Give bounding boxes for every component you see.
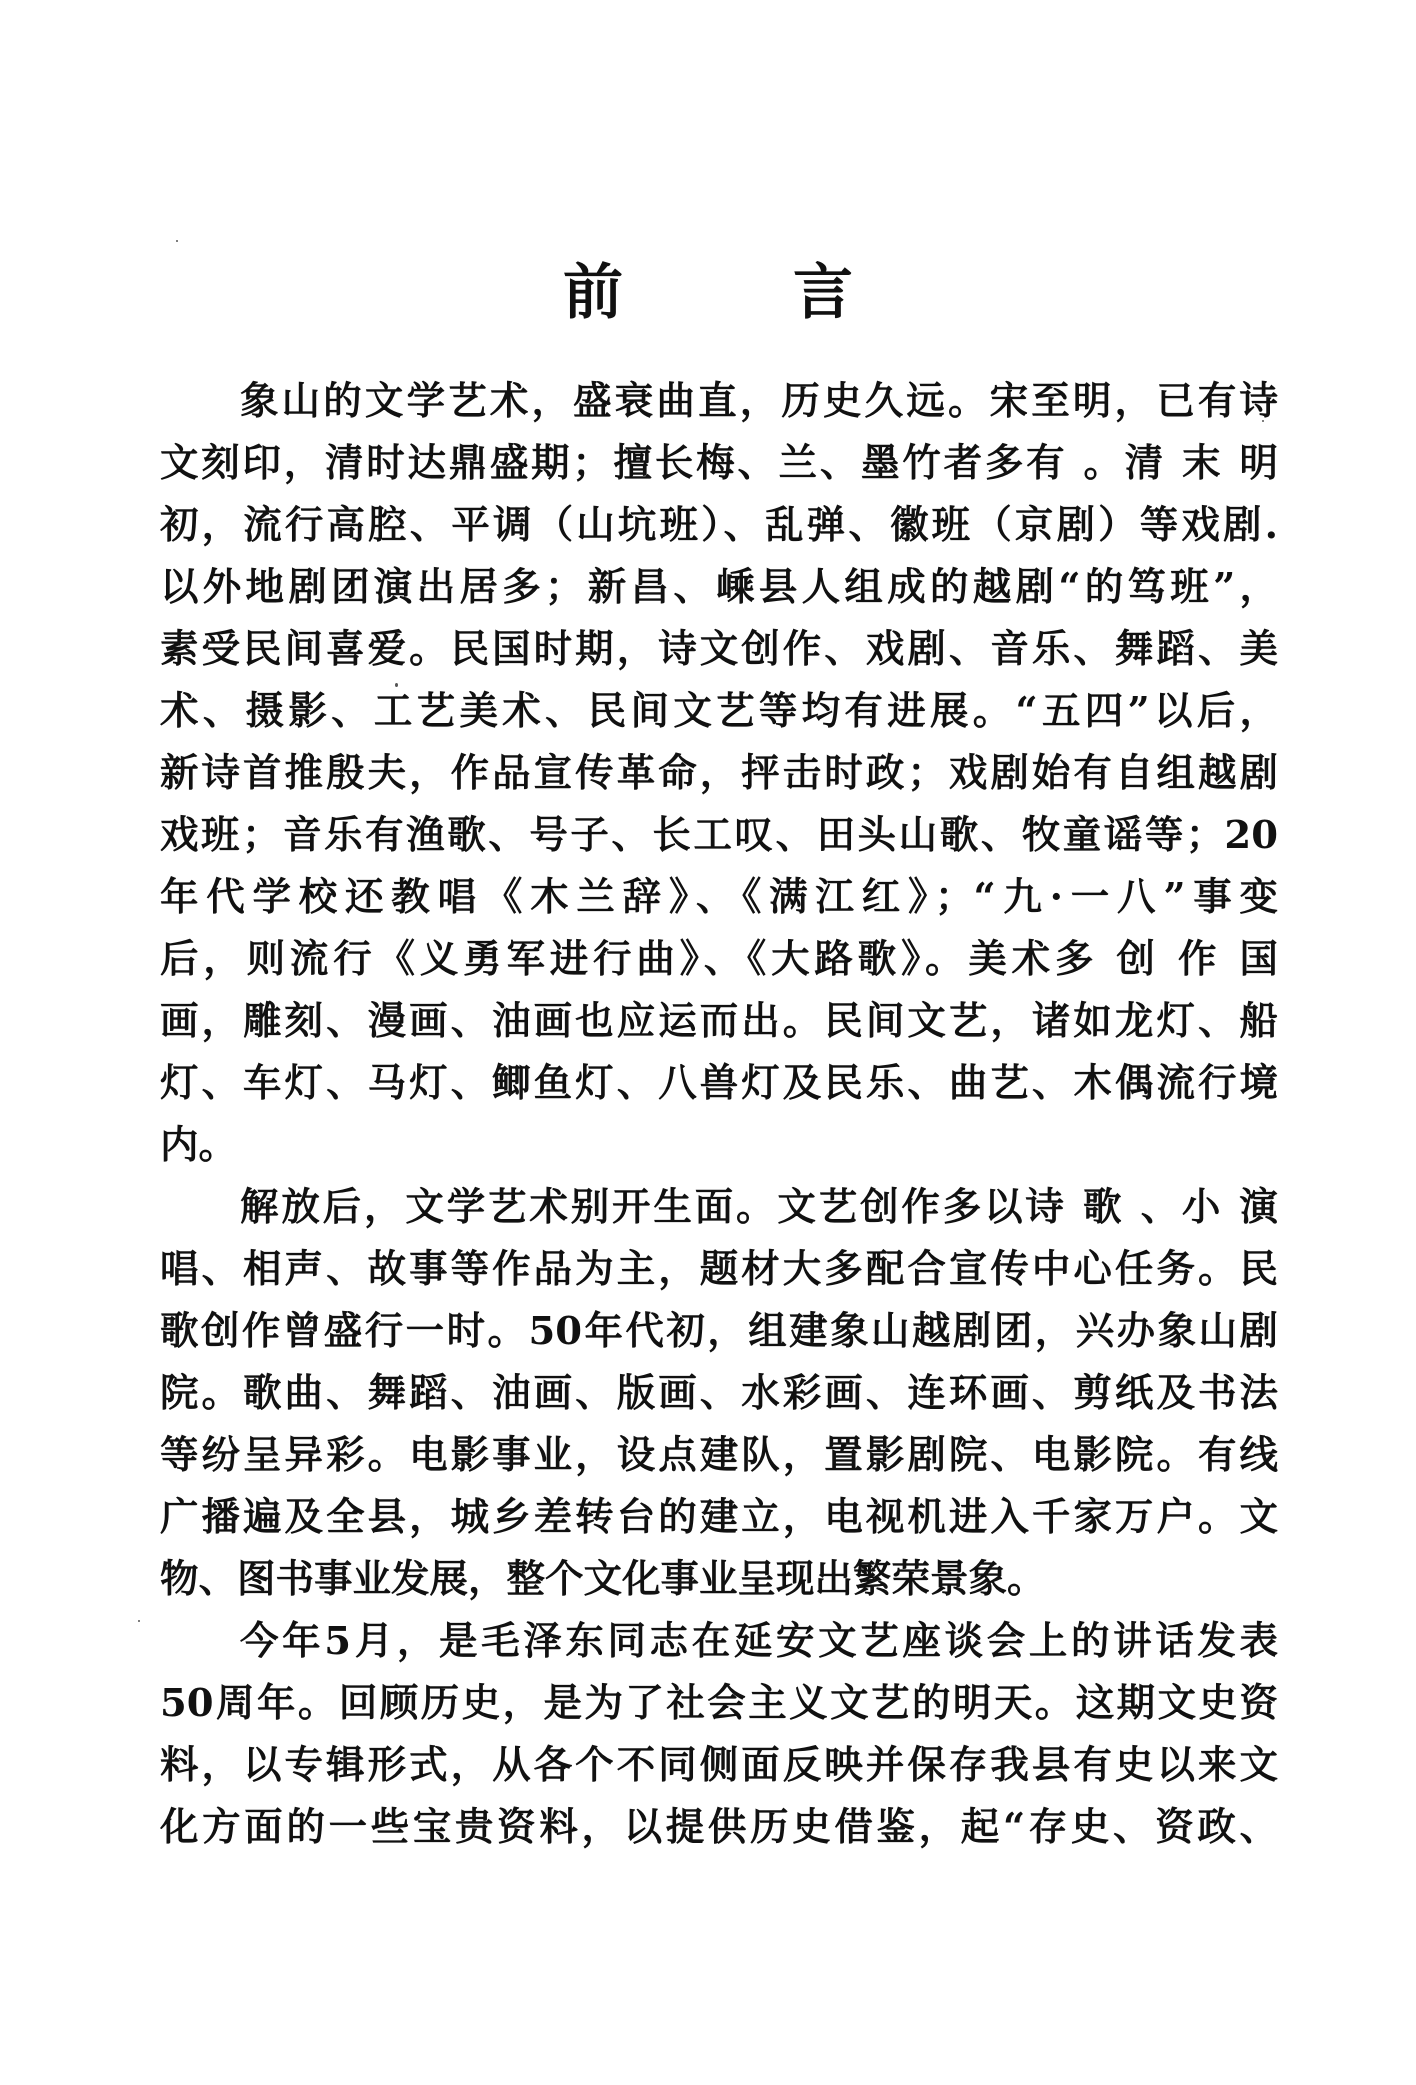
text-line: 等纷呈异彩。电影事业，设点建队，置影剧院、电影院。有线 — [160, 1425, 1278, 1487]
scan-speck — [1262, 420, 1264, 422]
text-line: 以外地剧团演出居多；新昌、嵊县人组成的越剧“的笃班”， — [160, 557, 1278, 619]
text-line: 今年5月，是毛泽东同志在延安文艺座谈会上的讲话发表 — [160, 1611, 1278, 1673]
text-line: 唱、相声、故事等作品为主，题材大多配合宣传中心任务。民 — [160, 1239, 1278, 1301]
title-char-1: 前 — [563, 258, 623, 328]
title-char-2: 言 — [793, 258, 853, 328]
text-line: 解放后，文学艺术别开生面。文艺创作多以诗 歌 、小 演 — [160, 1177, 1278, 1239]
scan-speck — [138, 1620, 140, 1622]
text-line: 灯、车灯、马灯、鲫鱼灯、八兽灯及民乐、曲艺、木偶流行境 — [160, 1053, 1278, 1115]
paragraph-1: 象山的文学艺术，盛衰曲直，历史久远。宋至明，已有诗 文刻印，清时达鼎盛期；擅长梅… — [160, 371, 1278, 1177]
text-line: 歌创作曾盛行一时。50年代初，组建象山越剧团，兴办象山剧 — [160, 1301, 1278, 1363]
text-line: 文刻印，清时达鼎盛期；擅长梅、兰、墨竹者多有 。清 末 明 — [160, 433, 1278, 495]
text-line: 新诗首推殷夫，作品宣传革命，抨击时政；戏剧始有自组越剧 — [160, 743, 1278, 805]
text-line: 戏班；音乐有渔歌、号子、长工叹、田头山歌、牧童谣等；20 — [160, 805, 1278, 867]
page-title: 前言 — [0, 258, 1416, 328]
preface-body: 象山的文学艺术，盛衰曲直，历史久远。宋至明，已有诗 文刻印，清时达鼎盛期；擅长梅… — [160, 371, 1278, 1859]
text-line: 院。歌曲、舞蹈、油画、版画、水彩画、连环画、剪纸及书法 — [160, 1363, 1278, 1425]
text-line: 画，雕刻、漫画、油画也应运而出。民间文艺，诸如龙灯、船 — [160, 991, 1278, 1053]
text-line: 初，流行高腔、平调（山坑班）、乱弹、徽班（京剧）等戏剧. — [160, 495, 1278, 557]
text-line: 年代学校还教唱《木兰辞》、《满江红》；“九·一八”事变 — [160, 867, 1278, 929]
text-line: 物、图书事业发展，整个文化事业呈现出繁荣景象。 — [160, 1549, 1278, 1611]
text-line: 化方面的一些宝贵资料，以提供历史借鉴，起“存史、资政、 — [160, 1797, 1278, 1859]
scan-speck — [176, 240, 178, 242]
paragraph-2: 解放后，文学艺术别开生面。文艺创作多以诗 歌 、小 演 唱、相声、故事等作品为主… — [160, 1177, 1278, 1611]
text-line: 术、摄影、工艺美术、民间文艺等均有进展。“五四”以后， — [160, 681, 1278, 743]
text-line: 内。 — [160, 1115, 1278, 1177]
text-line: 50周年。回顾历史，是为了社会主义文艺的明天。这期文史资 — [160, 1673, 1278, 1735]
text-line: 料，以专辑形式，从各个不同侧面反映并保存我县有史以来文 — [160, 1735, 1278, 1797]
scan-speck — [395, 683, 398, 687]
text-line: 后，则流行《义勇军进行曲》、《大路歌》。美术多 创 作 国 — [160, 929, 1278, 991]
text-line: 象山的文学艺术，盛衰曲直，历史久远。宋至明，已有诗 — [160, 371, 1278, 433]
text-line: 广播遍及全县，城乡差转台的建立，电视机进入千家万户。文 — [160, 1487, 1278, 1549]
paragraph-3: 今年5月，是毛泽东同志在延安文艺座谈会上的讲话发表 50周年。回顾历史，是为了社… — [160, 1611, 1278, 1859]
text-line: 素受民间喜爱。民国时期，诗文创作、戏剧、音乐、舞蹈、美 — [160, 619, 1278, 681]
